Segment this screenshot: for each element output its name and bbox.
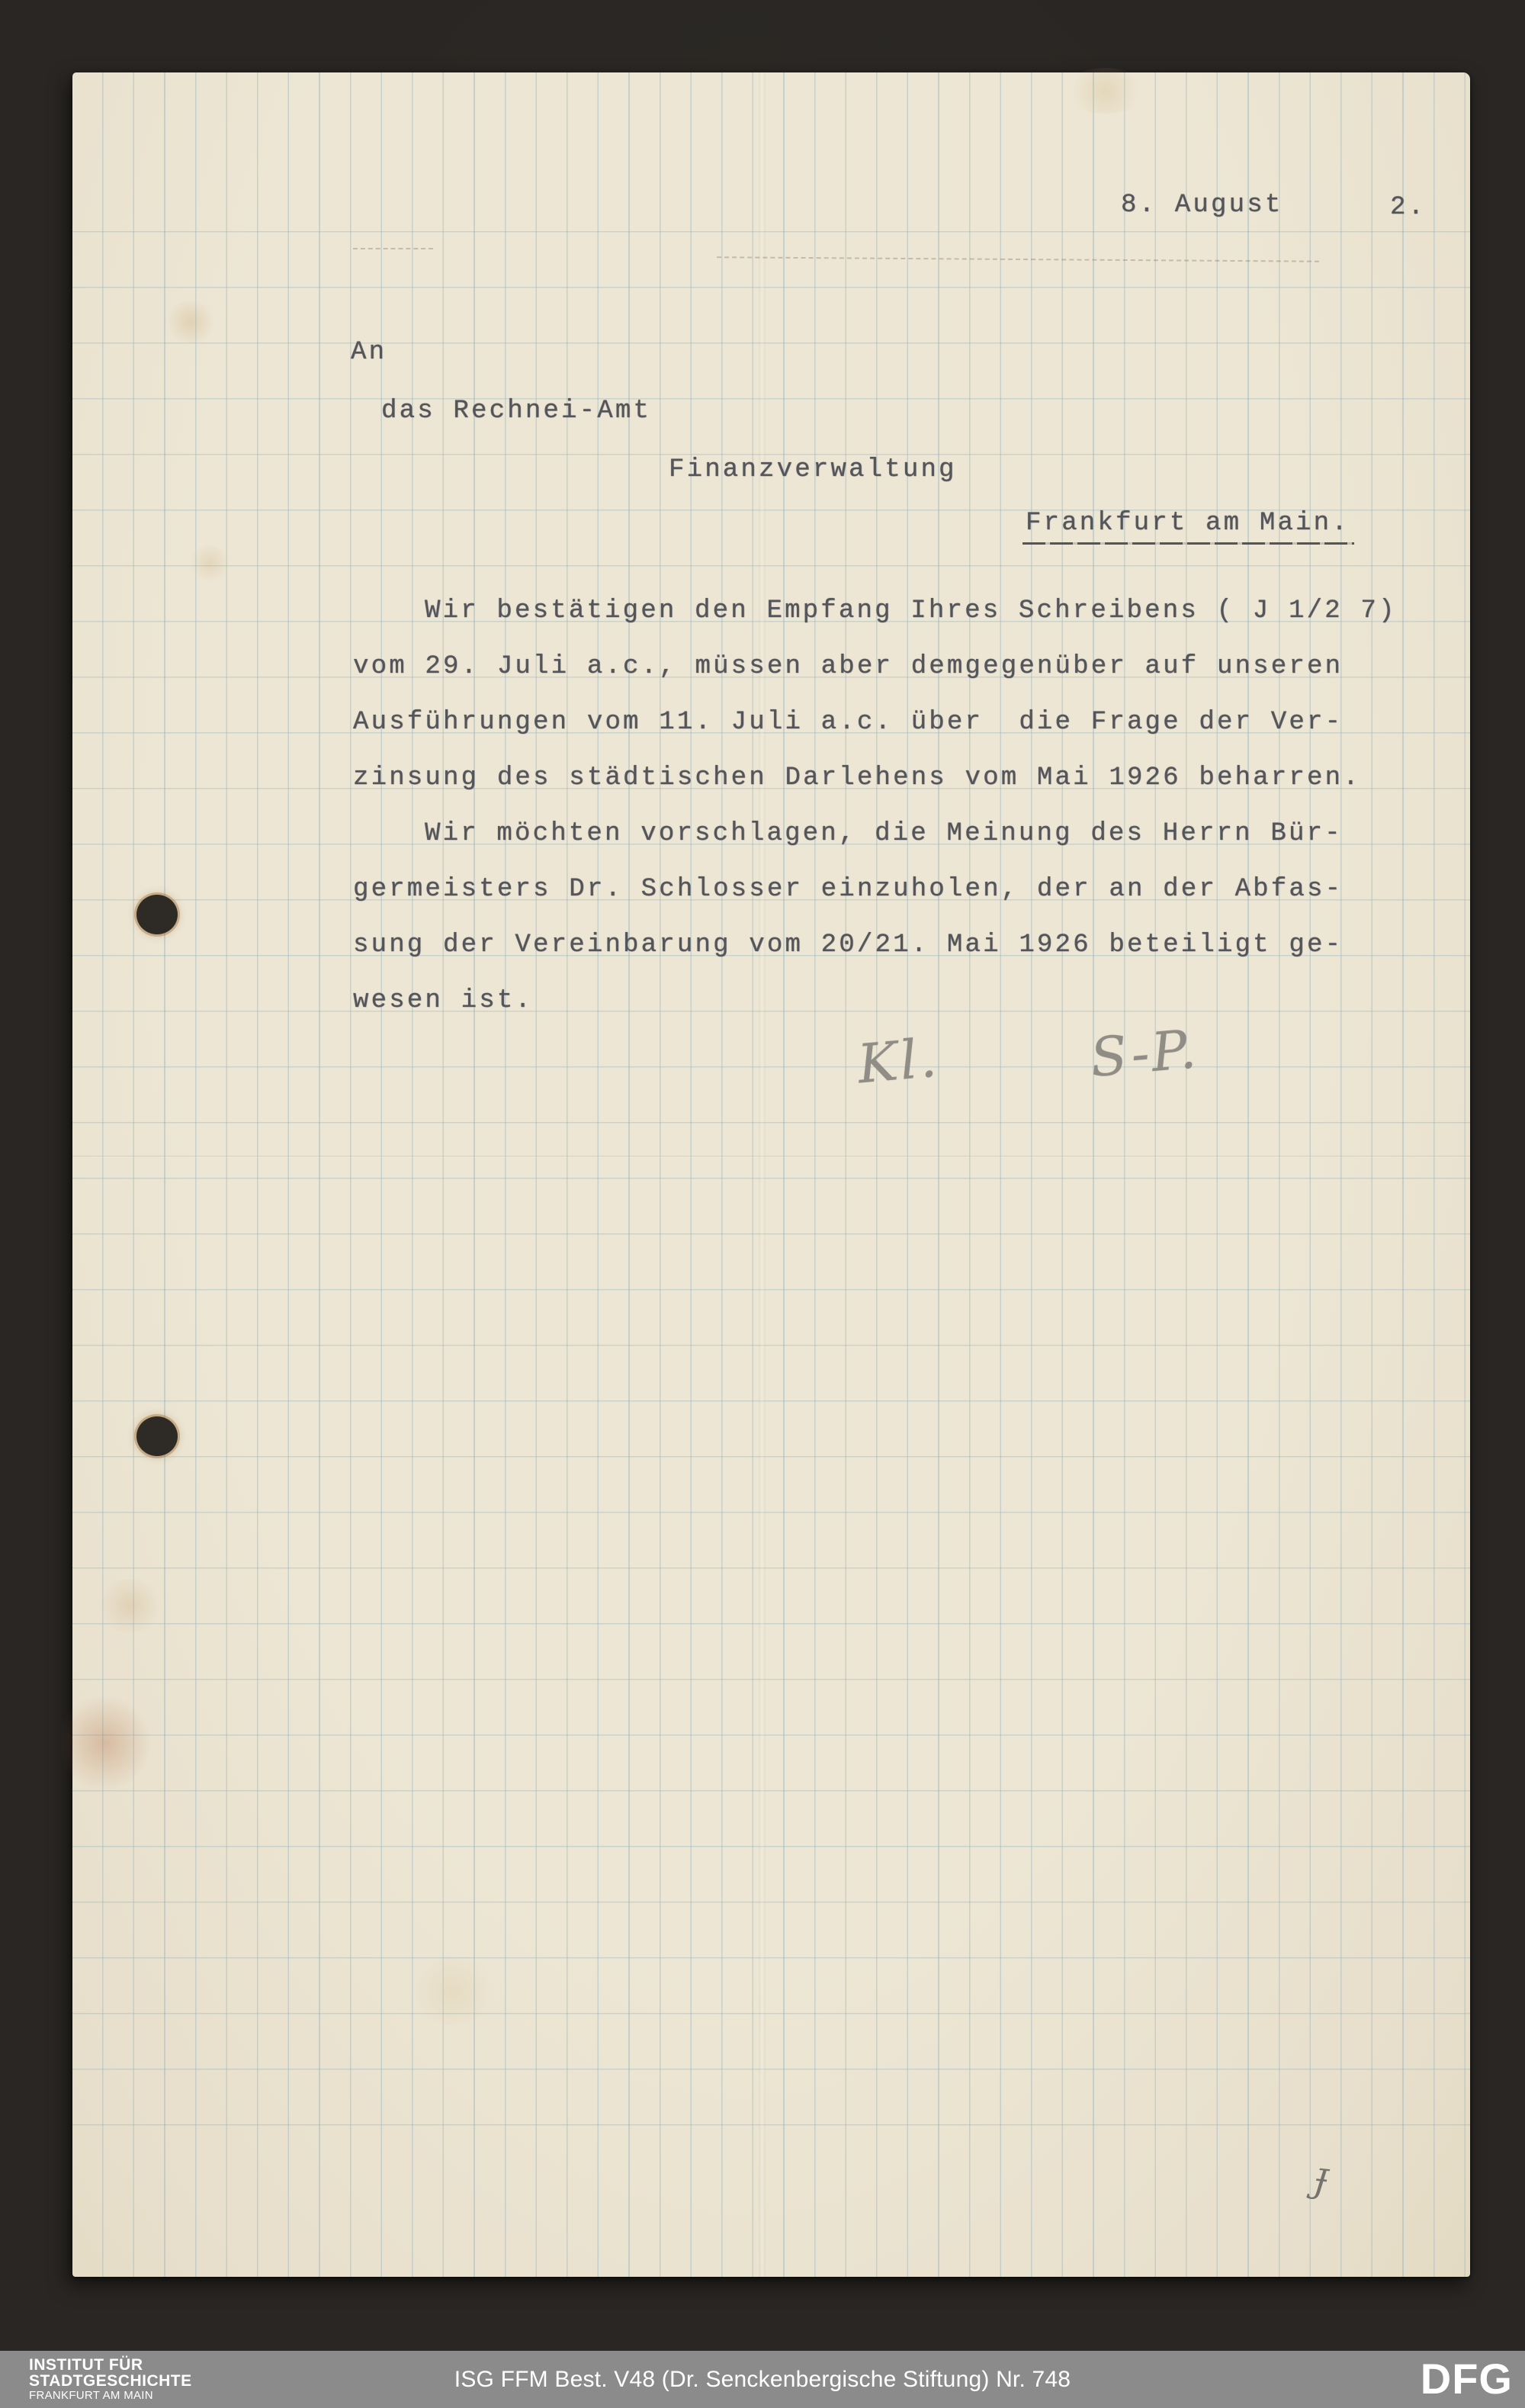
body-line: Wir bestätigen den Empfang Ihres Schreib…	[425, 596, 1397, 625]
punch-hole-top	[136, 895, 178, 934]
paper-stain	[164, 301, 217, 342]
handwritten-initials-right: S-P.	[1088, 1018, 1201, 1089]
body-line: vom 29. Juli a.c., müssen aber demgegenü…	[353, 652, 1343, 681]
paper-stain	[408, 1956, 499, 2025]
body-line: wesen ist.	[353, 986, 533, 1015]
recipient-line-office: das Rechnei-Amt	[381, 397, 651, 426]
recipient-line-city: Frankfurt am Main.	[1026, 509, 1350, 545]
pencil-margin-mark: Ɉ	[1311, 2162, 1329, 2202]
body-line: zinsung des städtischen Darlehens vom Ma…	[353, 764, 1361, 792]
erased-text-remnant	[717, 256, 1319, 262]
date: 8. August	[1121, 191, 1283, 220]
paper-stain	[59, 1689, 150, 1796]
paper-stain	[1064, 68, 1148, 114]
archive-reference: ISG FFM Best. V48 (Dr. Senckenbergische …	[0, 2367, 1525, 2393]
recipient-line-an: An	[351, 338, 387, 367]
body-line: Ausführungen vom 11. Juli a.c. über die …	[353, 708, 1343, 737]
paper-stain	[187, 545, 233, 580]
erased-text-remnant	[353, 248, 433, 249]
letter-sheet: 8. August 2. An das Rechnei-Amt Finanzve…	[72, 72, 1470, 2277]
fold-crease-horizontal	[72, 1156, 1470, 1158]
fold-crease-vertical	[759, 72, 766, 2277]
handwritten-initials-left: Kl.	[856, 1027, 942, 1096]
body-line: Wir möchten vorschlagen, die Meinung des…	[425, 819, 1343, 848]
archive-footer-bar: INSTITUT FÜR STADTGESCHICHTE FRANKFURT A…	[0, 2351, 1525, 2408]
recipient-line-department: Finanzverwaltung	[669, 455, 957, 484]
paper-stain	[95, 1579, 164, 1632]
body-line: sung der Vereinbarung vom 20/21. Mai 192…	[353, 931, 1343, 960]
archival-scan: 8. August 2. An das Rechnei-Amt Finanzve…	[0, 0, 1525, 2408]
body-line: germeisters Dr. Schlosser einzuholen, de…	[353, 875, 1343, 904]
dfg-logo: DFG	[1421, 2354, 1513, 2403]
punch-hole-bottom	[136, 1416, 178, 1456]
page-number: 2.	[1390, 193, 1426, 222]
